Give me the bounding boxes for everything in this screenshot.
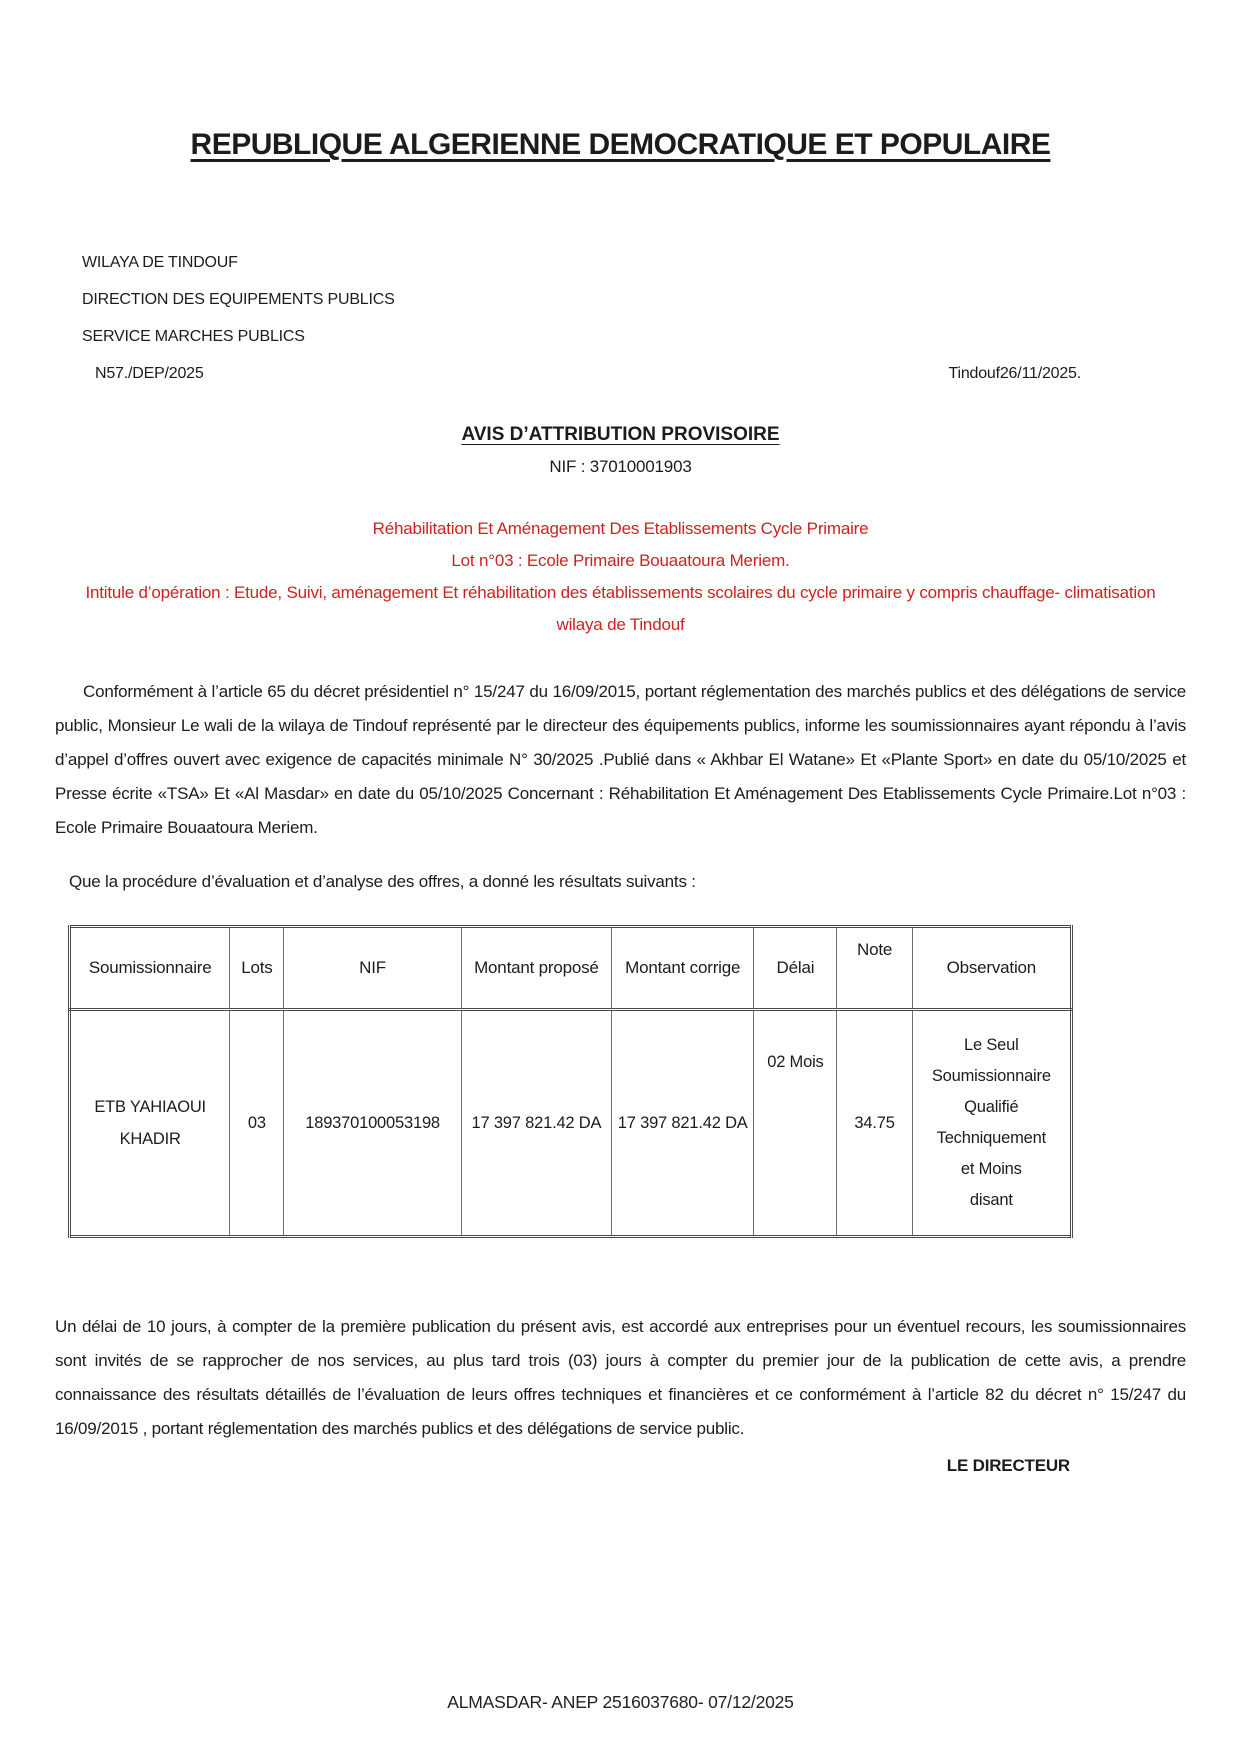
project-line-2: Lot n°03 : Ecole Primaire Bouaatoura Mer… xyxy=(55,545,1186,577)
signature-director: LE DIRECTEUR xyxy=(55,1456,1186,1476)
soumissionnaire-name-line2: KHADIR xyxy=(75,1123,225,1155)
table-row: ETB YAHIAOUI KHADIR 03 189370100053198 1… xyxy=(70,1010,1072,1237)
header-nif: NIF xyxy=(284,927,461,1010)
cell-montant-propose: 17 397 821.42 DA xyxy=(461,1010,611,1237)
observation-line: et Moins xyxy=(917,1154,1066,1185)
delay-paragraph: Un délai de 10 jours, à compter de la pr… xyxy=(55,1310,1186,1446)
republic-title-text: REPUBLIQUE ALGERIENNE DEMOCRATIQUE ET PO… xyxy=(191,128,1051,161)
observation-line: Qualifié xyxy=(917,1092,1066,1123)
cell-delai: 02 Mois xyxy=(754,1010,837,1237)
conformity-paragraph: Conformément à l’article 65 du décret pr… xyxy=(55,675,1186,845)
results-table: Soumissionnaire Lots NIF Montant proposé… xyxy=(68,925,1073,1238)
cell-lots: 03 xyxy=(230,1010,284,1237)
header-note: Note xyxy=(837,927,912,1010)
cell-nif: 189370100053198 xyxy=(284,1010,461,1237)
city-date: Tindouf26/11/2025. xyxy=(948,355,1081,392)
reference-row: N57./DEP/2025 Tindouf26/11/2025. xyxy=(55,355,1186,392)
observation-line: Le Seul xyxy=(917,1030,1066,1061)
cell-note: 34.75 xyxy=(837,1010,912,1237)
organization-block: WILAYA DE TINDOUF DIRECTION DES EQUIPEME… xyxy=(55,244,1186,355)
project-line-1: Réhabilitation Et Aménagement Des Etabli… xyxy=(55,513,1186,545)
republic-title: REPUBLIQUE ALGERIENNE DEMOCRATIQUE ET PO… xyxy=(55,128,1186,162)
cell-observation: Le Seul Soumissionnaire Qualifié Techniq… xyxy=(912,1010,1071,1237)
notice-heading-text: AVIS D’ATTRIBUTION PROVISOIRE xyxy=(461,424,779,445)
header-observation: Observation xyxy=(912,927,1071,1010)
notice-heading: AVIS D’ATTRIBUTION PROVISOIRE xyxy=(55,424,1186,446)
table-header-row: Soumissionnaire Lots NIF Montant proposé… xyxy=(70,927,1072,1010)
header-soumissionnaire: Soumissionnaire xyxy=(70,927,230,1010)
observation-line: Soumissionnaire xyxy=(917,1061,1066,1092)
header-delai: Délai xyxy=(754,927,837,1010)
header-montant-propose: Montant proposé xyxy=(461,927,611,1010)
org-direction: DIRECTION DES EQUIPEMENTS PUBLICS xyxy=(82,281,1186,318)
reference-number: N57./DEP/2025 xyxy=(95,355,204,392)
cell-soumissionnaire: ETB YAHIAOUI KHADIR xyxy=(70,1010,230,1237)
project-line-3: Intitule d’opération : Etude, Suivi, amé… xyxy=(55,577,1186,609)
notice-nif: NIF : 37010001903 xyxy=(55,457,1186,477)
header-lots: Lots xyxy=(230,927,284,1010)
document-body: REPUBLIQUE ALGERIENNE DEMOCRATIQUE ET PO… xyxy=(0,128,1241,1476)
header-montant-corrige: Montant corrige xyxy=(612,927,754,1010)
observation-line: Techniquement xyxy=(917,1123,1066,1154)
observation-line: disant xyxy=(917,1185,1066,1216)
org-service: SERVICE MARCHES PUBLICS xyxy=(82,318,1186,355)
procedure-paragraph: Que la procédure d’évaluation et d’analy… xyxy=(55,865,1186,899)
org-wilaya: WILAYA DE TINDOUF xyxy=(82,244,1186,281)
anep-footer: ALMASDAR- ANEP 2516037680- 07/12/2025 xyxy=(0,1692,1241,1713)
project-line-4: wilaya de Tindouf xyxy=(55,609,1186,641)
project-description: Réhabilitation Et Aménagement Des Etabli… xyxy=(55,513,1186,641)
cell-montant-corrige: 17 397 821.42 DA xyxy=(612,1010,754,1237)
document-page: { "document": { "title": "REPUBLIQUE ALG… xyxy=(0,0,1241,1755)
soumissionnaire-name-line1: ETB YAHIAOUI xyxy=(75,1091,225,1123)
